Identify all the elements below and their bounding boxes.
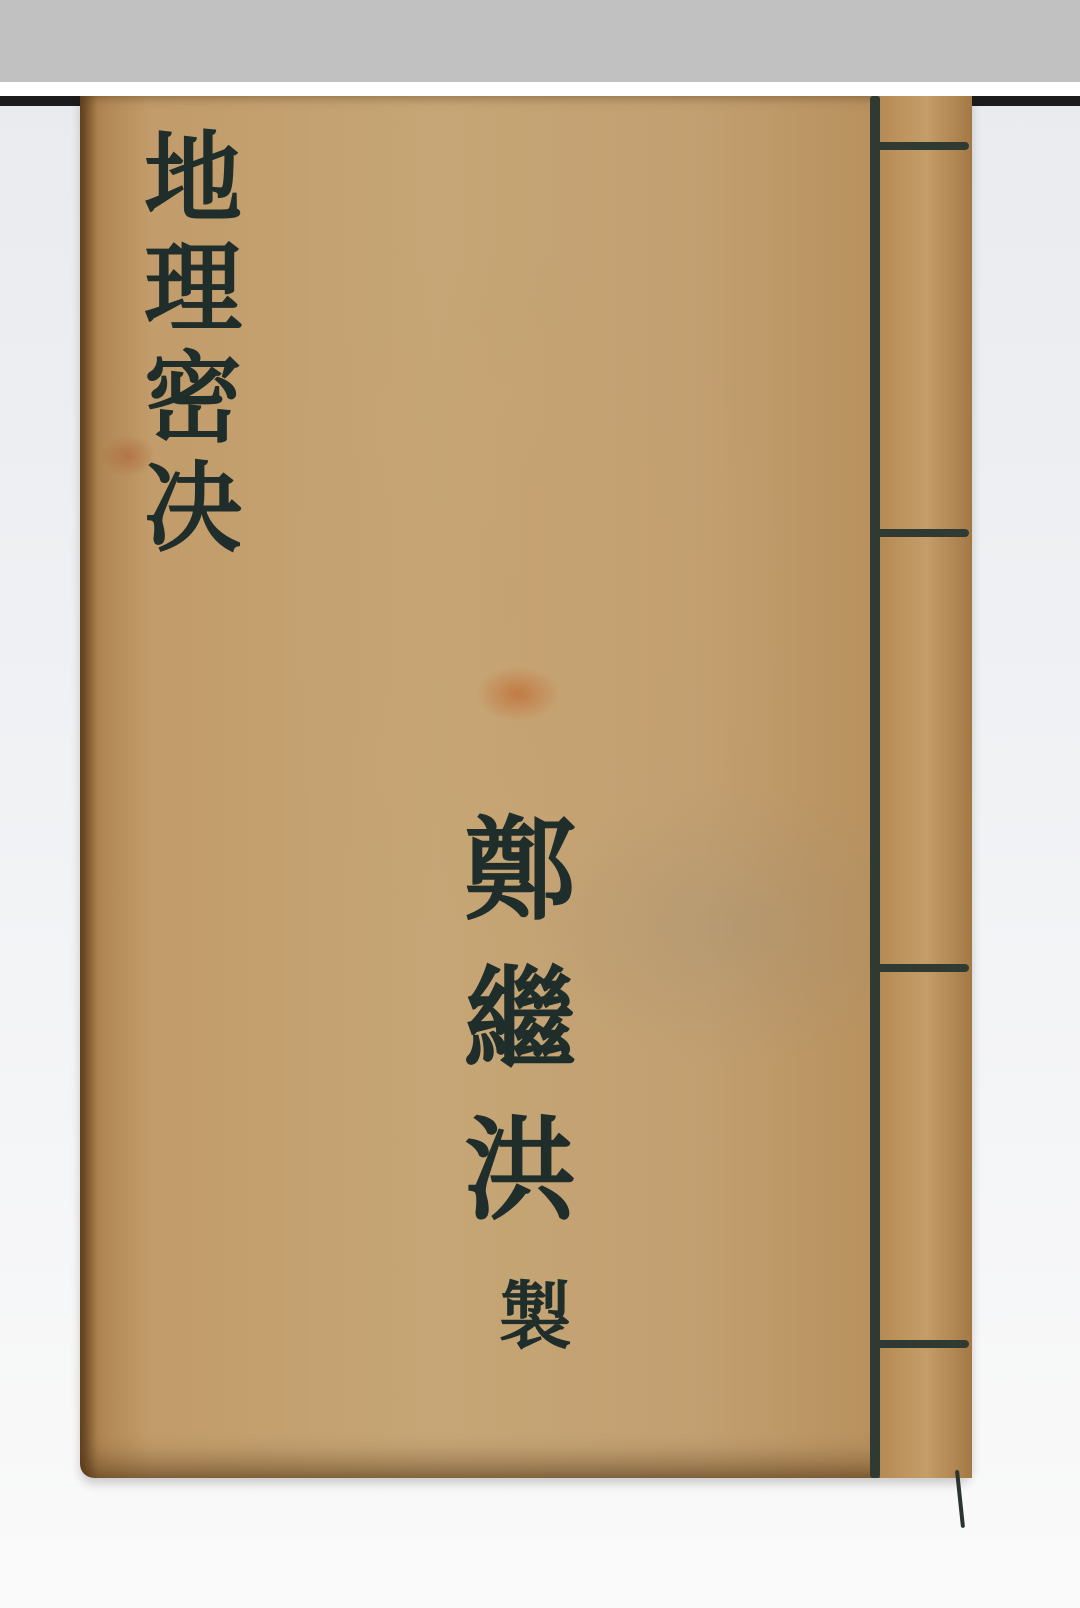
book-author: 鄭 繼 洪	[450, 796, 590, 1246]
viewer-top-gap	[0, 82, 1080, 96]
loose-thread-end	[955, 1470, 965, 1528]
binding-stitch-2	[875, 529, 969, 537]
book-title: 地 理 密 决	[128, 124, 258, 564]
title-char: 密	[144, 344, 242, 454]
author-char: 洪	[464, 1096, 576, 1246]
viewer-top-bar	[0, 0, 1080, 82]
spine-fold-strip	[880, 96, 972, 1478]
binding-thread-vertical	[870, 96, 880, 1478]
title-char: 地	[144, 124, 242, 234]
title-char: 决	[144, 454, 242, 564]
binding-stitch-4	[875, 1340, 969, 1348]
binding-stitch-3	[875, 964, 969, 972]
author-char: 繼	[464, 946, 576, 1096]
attribution-suffix: 製	[498, 1272, 572, 1362]
author-char: 鄭	[464, 796, 576, 946]
title-char: 理	[144, 234, 242, 344]
binding-stitch-1	[875, 142, 969, 150]
document-photo: 地 理 密 决 鄭 繼 洪 製	[0, 96, 1080, 1608]
book-cover: 地 理 密 决 鄭 繼 洪 製	[80, 96, 972, 1478]
